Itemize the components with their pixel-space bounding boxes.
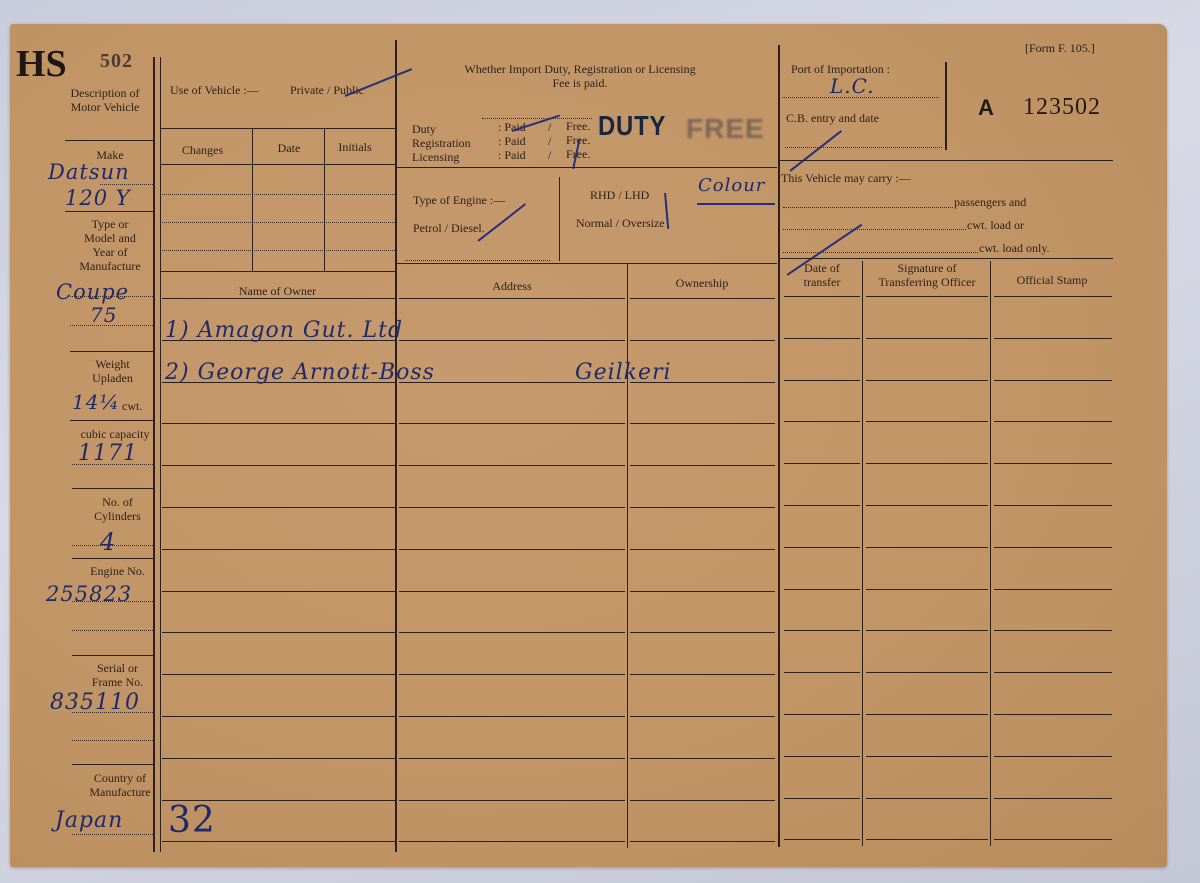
cylinders-label-line: No. of xyxy=(70,495,165,509)
table-row-rule xyxy=(866,589,988,590)
dotted-line xyxy=(70,296,155,297)
dotted-line xyxy=(783,207,953,208)
ownership-header: Ownership xyxy=(628,276,776,290)
duty-labels: Duty Registration Licensing xyxy=(412,122,471,164)
serial-label-line: Frame No. xyxy=(70,675,165,689)
duty-row-label: Duty xyxy=(412,122,471,136)
model-code-value: 120 Y xyxy=(65,186,131,210)
weight-unit: cwt. xyxy=(122,399,142,414)
table-row-rule xyxy=(399,507,625,508)
owner-row-2-address: Geilkeri xyxy=(575,360,672,385)
rule xyxy=(160,271,395,272)
table-row-rule xyxy=(630,423,775,424)
table-row-rule xyxy=(630,507,775,508)
engine-number-value: 255823 xyxy=(46,582,132,606)
table-row-rule xyxy=(784,296,860,297)
table-row-rule xyxy=(162,674,395,675)
official-stamp-header: Official Stamp xyxy=(992,273,1112,287)
dotted-line xyxy=(72,740,155,741)
date-header: Date xyxy=(253,141,325,155)
type-value: Coupe xyxy=(56,280,129,304)
carry-label: This Vehicle may carry :— xyxy=(781,171,911,185)
series-code: HS xyxy=(16,42,67,86)
description-heading: Description of Motor Vehicle xyxy=(55,86,155,114)
rule xyxy=(945,62,947,150)
dotted-line xyxy=(100,184,155,185)
table-row-rule xyxy=(866,296,988,297)
table-row-rule xyxy=(784,714,860,715)
table-row-rule xyxy=(994,672,1112,673)
rule xyxy=(627,263,628,848)
type-label-line: Year of xyxy=(60,245,160,259)
series-number: 502 xyxy=(100,50,133,73)
table-row-rule xyxy=(994,798,1112,799)
table-row-rule xyxy=(866,672,988,673)
country-label-line: Manufacture xyxy=(70,785,170,799)
cubic-capacity-label: cubic capacity xyxy=(65,427,165,441)
dotted-line xyxy=(72,834,155,835)
type-label-line: Type or xyxy=(60,217,160,231)
hand-drive-options: RHD / LHD xyxy=(590,188,649,202)
serial-prefix: A xyxy=(978,95,994,121)
table-row-rule xyxy=(630,298,775,299)
table-row-rule xyxy=(162,758,395,759)
table-row-rule xyxy=(994,630,1112,631)
type-label-line: Model and xyxy=(60,231,160,245)
rule xyxy=(72,655,155,656)
country-label: Country of Manufacture xyxy=(70,771,170,799)
country-value: Japan xyxy=(55,808,123,833)
rule xyxy=(153,57,155,852)
rule xyxy=(65,140,155,141)
table-row-rule xyxy=(399,800,625,801)
table-row-rule xyxy=(866,421,988,422)
owner-name-header: Name of Owner xyxy=(160,284,395,298)
table-row-rule xyxy=(866,714,988,715)
table-row-rule xyxy=(994,505,1112,506)
table-row-rule xyxy=(630,841,775,842)
duty-row-label: Registration xyxy=(412,136,471,150)
date-transfer-text: Date of transfer xyxy=(792,261,852,289)
initials-header: Initials xyxy=(326,140,384,154)
table-row-rule xyxy=(866,380,988,381)
table-row-rule xyxy=(630,549,775,550)
rule xyxy=(397,263,777,264)
dotted-line xyxy=(782,97,939,98)
serial-number: 123502 xyxy=(1023,94,1101,121)
rule xyxy=(72,764,155,765)
weight-label-line: Weight xyxy=(65,357,160,371)
table-row-rule xyxy=(399,298,625,299)
rule xyxy=(70,351,155,352)
table-row-rule xyxy=(994,421,1112,422)
dotted-line xyxy=(70,325,155,326)
dotted-line xyxy=(72,464,155,465)
table-row-rule xyxy=(994,380,1112,381)
cubic-capacity-value: 1171 xyxy=(78,441,138,466)
cylinders-label: No. of Cylinders xyxy=(70,495,165,523)
table-row-rule xyxy=(784,798,860,799)
table-row-rule xyxy=(630,340,775,341)
serial-label-line: Serial or xyxy=(70,661,165,675)
duty-heading-line: Whether Import Duty, Registration or Lic… xyxy=(400,62,760,76)
free-option: Free. xyxy=(566,119,590,133)
dotted-line xyxy=(72,601,155,602)
dotted-line xyxy=(160,250,395,251)
rule xyxy=(160,57,161,852)
table-row-rule xyxy=(866,630,988,631)
dotted-line xyxy=(160,194,395,195)
cylinders-label-line: Cylinders xyxy=(70,509,165,523)
table-row-rule xyxy=(630,758,775,759)
table-row-rule xyxy=(784,589,860,590)
table-row-rule xyxy=(630,716,775,717)
table-row-rule xyxy=(399,841,625,842)
rule xyxy=(65,211,155,212)
table-row-rule xyxy=(162,465,395,466)
table-row-rule xyxy=(399,423,625,424)
signature-header: Signature of Transferring Officer xyxy=(864,261,990,289)
table-row-rule xyxy=(399,716,625,717)
table-row-rule xyxy=(784,421,860,422)
table-row-rule xyxy=(399,549,625,550)
table-row-rule xyxy=(399,674,625,675)
table-row-rule xyxy=(399,465,625,466)
table-row-rule xyxy=(162,632,395,633)
table-row-rule xyxy=(784,756,860,757)
table-row-rule xyxy=(994,714,1112,715)
table-row-rule xyxy=(162,591,395,592)
free-option: Free. xyxy=(566,147,590,161)
size-options: Normal / Oversize xyxy=(576,216,665,230)
rule xyxy=(72,488,155,489)
table-row-rule xyxy=(994,756,1112,757)
weight-label: Weight Upladen xyxy=(65,357,160,385)
paid-option: : Paid xyxy=(498,148,526,162)
table-row-rule xyxy=(784,505,860,506)
cylinders-value: 4 xyxy=(100,528,116,556)
table-row-rule xyxy=(994,589,1112,590)
table-row-rule xyxy=(866,505,988,506)
table-row-rule xyxy=(630,465,775,466)
table-row-rule xyxy=(399,758,625,759)
engine-type-label: Type of Engine :— xyxy=(413,193,505,207)
table-row-rule xyxy=(994,338,1112,339)
form-id: [Form F. 105.] xyxy=(1025,41,1095,56)
table-row-rule xyxy=(784,547,860,548)
rule xyxy=(160,164,395,165)
table-row-rule xyxy=(866,338,988,339)
year-value: 75 xyxy=(90,303,117,327)
paid-option: : Paid xyxy=(498,134,526,148)
dotted-line xyxy=(72,712,155,713)
carry-load-only: cwt. load only. xyxy=(979,241,1050,255)
table-row-rule xyxy=(630,632,775,633)
table-row-rule xyxy=(866,756,988,757)
serial-number-label: Serial or Frame No. xyxy=(70,661,165,689)
table-row-rule xyxy=(784,672,860,673)
table-row-rule xyxy=(784,630,860,631)
duty-row-label: Licensing xyxy=(412,150,471,164)
weight-value: 14¼ xyxy=(72,390,120,414)
type-label: Type or Model and Year of Manufacture xyxy=(60,217,160,273)
table-row-rule xyxy=(994,547,1112,548)
dotted-line xyxy=(783,229,966,230)
description-heading-line: Description of xyxy=(55,86,155,100)
table-row-rule xyxy=(162,507,395,508)
rule xyxy=(990,261,991,846)
owner-row-1-name: 1) Amagon Gut. Ltd xyxy=(165,318,403,343)
owner-row-2-name: 2) George Arnott-Boss xyxy=(165,360,435,385)
changes-header: Changes xyxy=(160,143,245,157)
rule xyxy=(70,420,155,421)
duty-heading-line: Fee is paid. xyxy=(400,76,760,90)
country-label-line: Country of xyxy=(70,771,170,785)
dotted-line xyxy=(160,222,395,223)
rule xyxy=(559,177,560,261)
dotted-line xyxy=(785,147,942,148)
rule xyxy=(862,261,863,846)
rule xyxy=(72,558,155,559)
duty-slash-col: /// xyxy=(548,120,551,162)
table-row-rule xyxy=(994,296,1112,297)
table-row-rule xyxy=(784,380,860,381)
table-row-rule xyxy=(784,338,860,339)
underline-mark xyxy=(697,203,775,205)
table-row-rule xyxy=(866,798,988,799)
use-of-vehicle-label: Use of Vehicle :— xyxy=(170,83,259,97)
table-row-rule xyxy=(784,839,860,840)
duty-heading: Whether Import Duty, Registration or Lic… xyxy=(400,62,760,90)
table-row-rule xyxy=(630,674,775,675)
dotted-line xyxy=(783,252,978,253)
table-row-rule xyxy=(162,841,395,842)
rule xyxy=(395,40,397,852)
table-row-rule xyxy=(399,340,625,341)
table-row-rule xyxy=(399,591,625,592)
engine-number-label: Engine No. xyxy=(70,564,165,578)
table-row-rule xyxy=(866,547,988,548)
use-of-vehicle-options: Private / Public xyxy=(290,83,364,97)
table-row-rule xyxy=(630,800,775,801)
rule xyxy=(160,128,395,129)
port-value: L.C. xyxy=(830,74,875,98)
table-row-rule xyxy=(630,591,775,592)
table-row-rule xyxy=(784,463,860,464)
table-row-rule xyxy=(994,839,1112,840)
free-stamp: FREE xyxy=(686,113,765,145)
rule xyxy=(397,167,777,168)
dotted-line xyxy=(72,545,155,546)
make-value: Datsun xyxy=(48,160,130,184)
description-heading-line: Motor Vehicle xyxy=(55,100,155,114)
address-header: Address xyxy=(397,279,627,293)
rule xyxy=(778,45,780,847)
carry-load-or: cwt. load or xyxy=(967,218,1024,232)
duty-stamp: DUTY xyxy=(598,110,666,142)
dotted-line xyxy=(405,260,550,261)
rule xyxy=(780,160,1113,161)
cb-entry-label: C.B. entry and date xyxy=(786,111,879,125)
dotted-line xyxy=(72,630,155,631)
bottom-note: 32 xyxy=(168,800,216,841)
table-row-rule xyxy=(399,632,625,633)
table-row-rule xyxy=(162,549,395,550)
colour-label: Colour xyxy=(698,175,765,196)
table-row-rule xyxy=(162,298,395,299)
signature-text: Signature of Transferring Officer xyxy=(867,261,987,289)
table-row-rule xyxy=(162,423,395,424)
carry-passengers: passengers and xyxy=(954,195,1026,209)
table-row-rule xyxy=(866,839,988,840)
table-row-rule xyxy=(866,463,988,464)
date-transfer-header: Date of transfer xyxy=(782,261,862,289)
table-row-rule xyxy=(994,463,1112,464)
type-label-line: Manufacture xyxy=(60,259,160,273)
rule xyxy=(780,258,1113,259)
table-row-rule xyxy=(162,716,395,717)
engine-type-options: Petrol / Diesel. xyxy=(413,221,485,235)
weight-label-line: Upladen xyxy=(65,371,160,385)
